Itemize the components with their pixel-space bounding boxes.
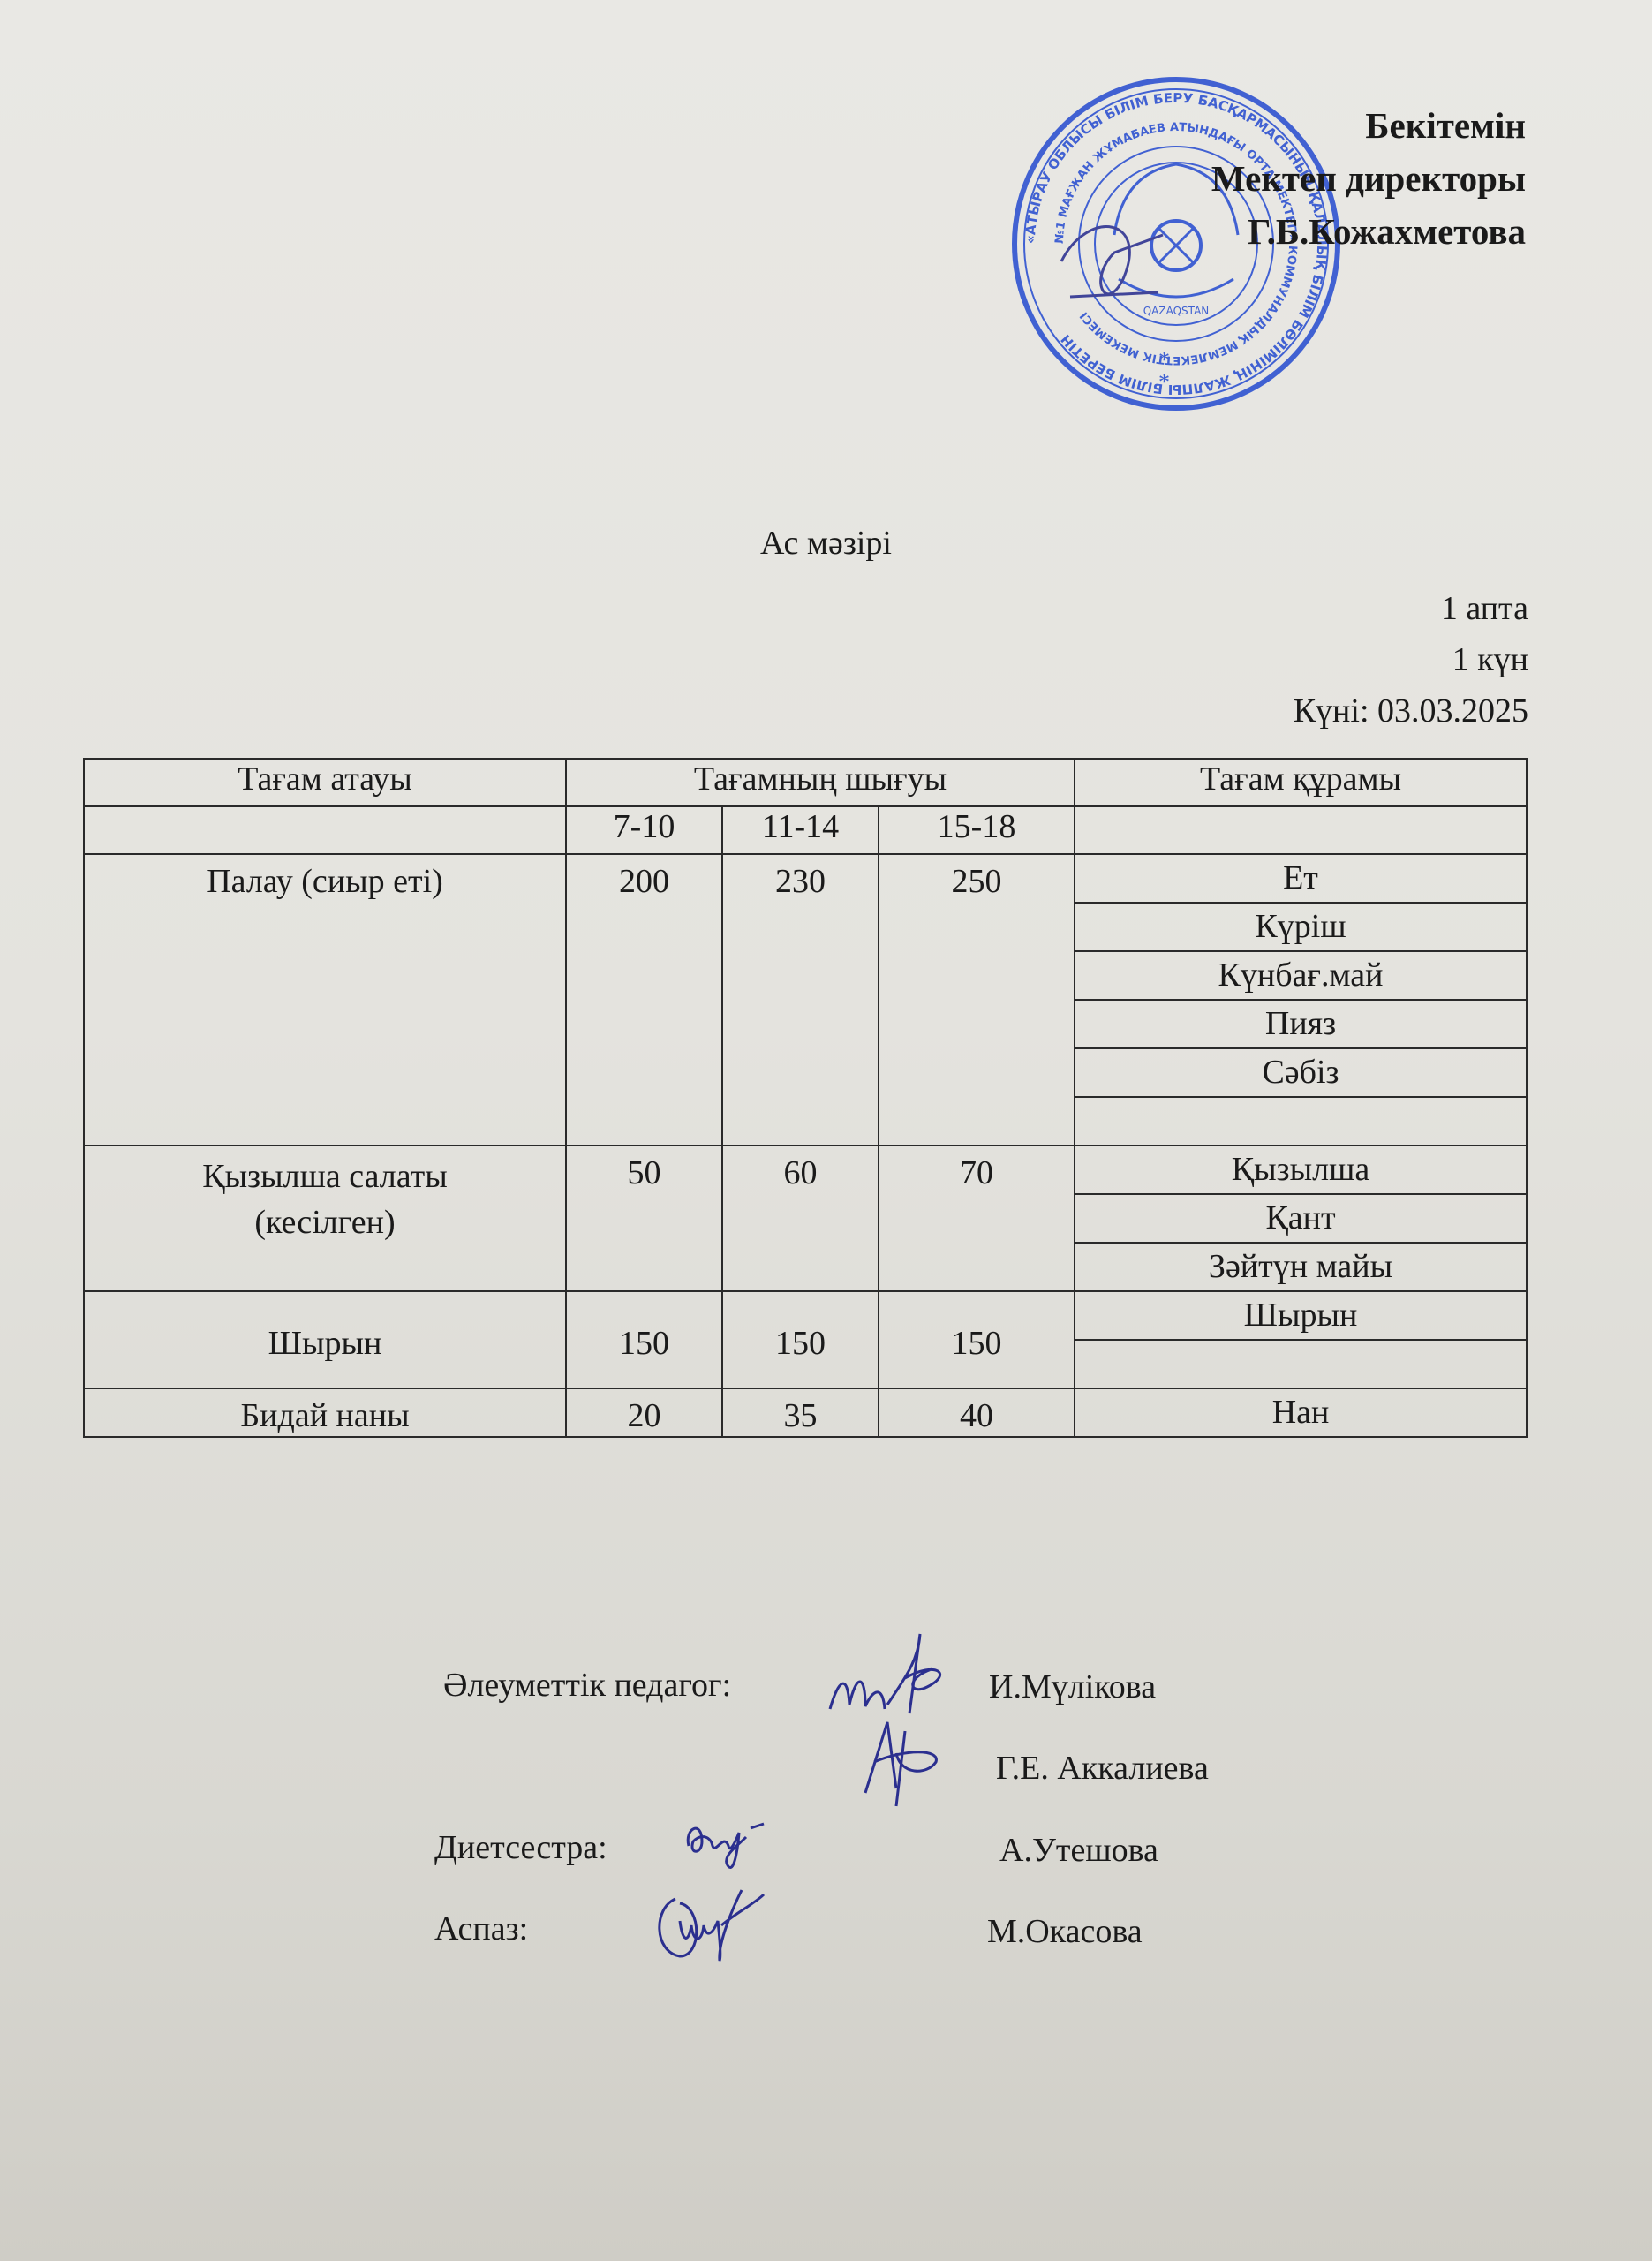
ingredients-cell: ҚызылшаҚантЗәйтүн майы [1075,1146,1527,1291]
ingredient-item: Ет [1075,855,1526,904]
ingredient-item: Күнбағ.май [1075,952,1526,1001]
portion-value: 50 [566,1146,722,1291]
ingredient-item: Пияз [1075,1001,1526,1049]
portion-value: 60 [722,1146,879,1291]
page-title: Ас мәзірі [0,524,1652,563]
header-age-group: 11-14 [722,806,879,854]
header-composition: Тағам құрамы [1075,759,1527,806]
portion-value: 200 [566,854,722,1146]
ingredient-item: Қант [1075,1195,1526,1244]
table-header-row: Тағам атауы Тағамның шығуы Тағам құрамы [84,759,1527,806]
dish-name: Палау (сиыр еті) [84,854,566,1146]
date-label: Күні: 03.03.2025 [1294,685,1528,737]
portion-value: 35 [722,1388,879,1437]
ingredient-item [1075,1341,1526,1388]
dish-name: Шырын [84,1291,566,1388]
signature-role: Диетсестра: [434,1828,607,1867]
ingredients-cell: Нан [1075,1388,1527,1437]
portion-value: 70 [879,1146,1075,1291]
approval-heading: Бекітемін [1211,99,1526,152]
header-output: Тағамның шығуы [566,759,1075,806]
ingredients-cell: ЕтКүрішКүнбағ.майПиязСәбіз [1075,854,1527,1146]
signature-name: А.Утешова [999,1831,1158,1870]
dish-name: Бидай наны [84,1388,566,1437]
document-meta: 1 апта 1 күн Күні: 03.03.2025 [1294,583,1528,737]
svg-text:QAZAQSTAN: QAZAQSTAN [1143,305,1210,317]
ingredient-item: Нан [1075,1389,1526,1436]
dish-name: Қызылша салаты (кесілген) [84,1146,566,1291]
portion-value: 150 [722,1291,879,1388]
portion-value: 230 [722,854,879,1146]
table-row: Бидай наны203540Нан [84,1388,1527,1437]
ingredient-item: Сәбіз [1075,1049,1526,1098]
header-empty [1075,806,1527,854]
svg-text:*: * [1158,369,1170,395]
signature-name: Г.Е. Аккалиева [996,1749,1209,1788]
portion-value: 150 [566,1291,722,1388]
signature-name: М.Окасова [987,1912,1143,1951]
table-row: Шырын150150150Шырын [84,1291,1527,1388]
ingredient-item: Күріш [1075,904,1526,952]
handwritten-signature-icon [675,1793,799,1881]
approver-name: Г.Б.Кожахметова [1211,205,1526,258]
header-empty [84,806,566,854]
approver-position: Мектеп директоры [1211,152,1526,205]
ingredient-item: Зәйтүн майы [1075,1244,1526,1290]
table-age-row: 7-10 11-14 15-18 [84,806,1527,854]
portion-value: 250 [879,854,1075,1146]
handwritten-signature-icon [649,1872,790,1970]
day-label: 1 күн [1294,634,1528,685]
signature-role: Аспаз: [434,1909,528,1948]
table-row: Палау (сиыр еті)200230250ЕтКүрішКүнбағ.м… [84,854,1527,1146]
ingredients-cell: Шырын [1075,1291,1527,1388]
header-age-group: 7-10 [566,806,722,854]
portion-value: 150 [879,1291,1075,1388]
header-dish-name: Тағам атауы [84,759,566,806]
portion-value: 20 [566,1388,722,1437]
portion-value: 40 [879,1388,1075,1437]
menu-table: Тағам атауы Тағамның шығуы Тағам құрамы … [83,758,1528,1438]
approval-block: Бекітемін Мектеп директоры Г.Б.Кожахмето… [1211,99,1526,258]
ingredient-item: Шырын [1075,1292,1526,1341]
header-age-group: 15-18 [879,806,1075,854]
ingredient-item: Қызылша [1075,1146,1526,1195]
ingredient-item [1075,1098,1526,1145]
table-row: Қызылша салаты (кесілген)506070ҚызылшаҚа… [84,1146,1527,1291]
handwritten-signature-icon [821,1625,962,1722]
signature-name: И.Мүлікова [989,1667,1156,1706]
week-label: 1 апта [1294,583,1528,634]
handwritten-signature-icon [852,1713,958,1811]
signature-role: Әлеуметтік педагог: [443,1666,731,1705]
